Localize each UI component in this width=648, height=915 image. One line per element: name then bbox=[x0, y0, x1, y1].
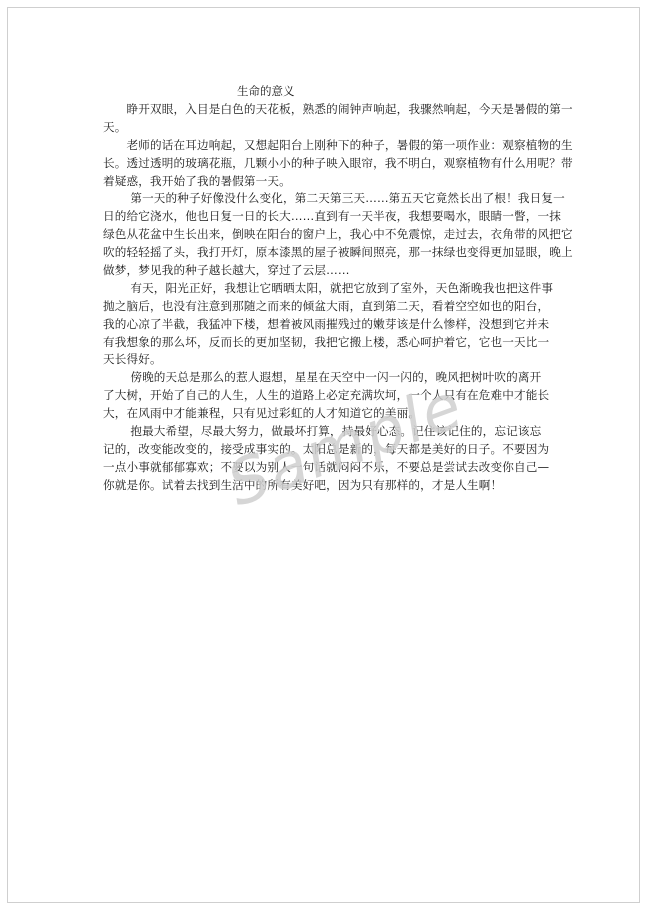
text-line: 你就是你。试着去找到生活中的所有美好吧，因为只有那样的，才是人生啊！ bbox=[103, 477, 548, 495]
document-text: 睁开双眼，入目是白色的天花板，熟悉的闹钟声响起，我骤然响起，今天是暑假的第一 天… bbox=[103, 101, 548, 495]
text-line: 记的，改变能改变的，接受成事实的。太阳总是新的，每天都是美好的日子。不要因为 bbox=[103, 441, 548, 459]
text-line: 吹的轻轻摇了头，我打开灯，原本漆黑的屋子被瞬间照亮，那一抹绿也变得更加显眼，晚上 bbox=[103, 244, 548, 262]
text-line: 绿色从花盆中生长出来，倒映在阳台的窗户上，我心中不免震惊，走过去，衣角带的风把它 bbox=[103, 226, 548, 244]
text-line: 我的心凉了半截，我猛冲下楼，想着被风雨摧残过的嫩芽该是什么惨样，没想到它并未 bbox=[103, 316, 548, 334]
text-line: 有天，阳光正好，我想让它晒晒太阳，就把它放到了室外，天色渐晚我也把这件事 bbox=[103, 280, 548, 298]
text-line: 抱最大希望，尽最大努力，做最坏打算，持最好心态。记住该记住的，忘记该忘 bbox=[103, 423, 548, 441]
text-line: 抛之脑后，也没有注意到那随之而来的倾盆大雨，直到第二天，看着空空如也的阳台， bbox=[103, 298, 548, 316]
document-title: 生命的意义 bbox=[237, 84, 295, 98]
text-line: 有我想象的那么坏，反而长的更加坚韧，我把它搬上楼，悉心呵护着它，它也一天比一 bbox=[103, 334, 548, 352]
text-line: 傍晚的天总是那么的惹人遐想，星星在天空中一闪一闪的，晚风把树叶吹的离开 bbox=[103, 369, 548, 387]
text-line: 天。 bbox=[103, 119, 548, 137]
text-line: 大，在风雨中才能兼程，只有见过彩虹的人才知道它的美丽。 bbox=[103, 405, 548, 423]
text-line: 着疑惑，我开始了我的暑假第一天。 bbox=[103, 173, 548, 191]
text-line: 天长得好。 bbox=[103, 351, 548, 369]
text-line: 做梦，梦见我的种子越长越大，穿过了云层…… bbox=[103, 262, 548, 280]
text-line: 了大树，开始了自己的人生，人生的道路上必定充满坎坷，一个人只有在危难中才能长 bbox=[103, 387, 548, 405]
text-line: 第一天的种子好像没什么变化，第二天第三天……第五天它竟然长出了根！我日复一 bbox=[103, 190, 548, 208]
text-line: 一点小事就郁郁寡欢；不要以为别人一句话就闷闷不乐，不要总是尝试去改变你自己— bbox=[103, 459, 548, 477]
text-line: 老师的话在耳边响起，又想起阳台上刚种下的种子，暑假的第一项作业：观察植物的生 bbox=[103, 137, 548, 155]
text-line: 日的给它浇水，他也日复一日的长大……直到有一天半夜，我想要喝水，眼睛一瞥，一抹 bbox=[103, 208, 548, 226]
text-line: 长。透过透明的玻璃花瓶，几颗小小的种子映入眼帘，我不明白，观察植物有什么用呢？带 bbox=[103, 155, 548, 173]
text-line: 睁开双眼，入目是白色的天花板，熟悉的闹钟声响起，我骤然响起，今天是暑假的第一 bbox=[103, 101, 548, 119]
